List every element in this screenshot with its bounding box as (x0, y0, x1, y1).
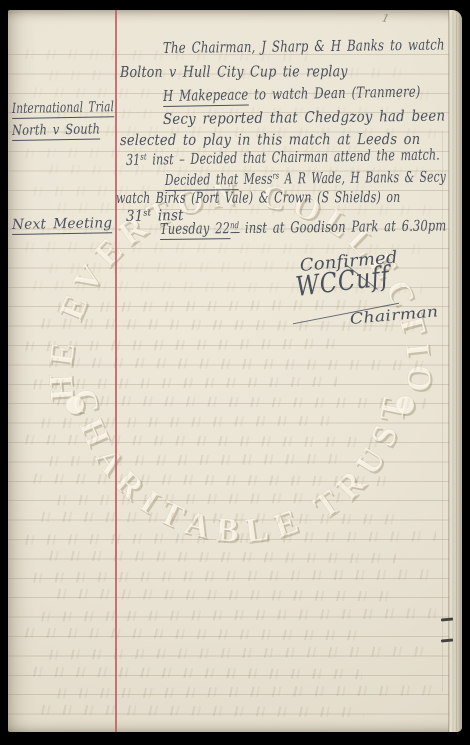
margin-heading-segment: International Trial (12, 99, 114, 119)
book-page-edges (449, 10, 462, 732)
watermark-bottom-arc-shadow: CHARITABLE TRUST (66, 388, 417, 552)
svg-text:CHARITABLE TRUST: CHARITABLE TRUST (64, 386, 415, 550)
handwritten-line-segment: H Makepeace (163, 86, 249, 107)
margin-heading: International Trial (12, 100, 114, 117)
handwritten-line: H Makepeace to watch Dean (Tranmere) (163, 84, 421, 105)
handwritten-line: Secy reported that Chedgzoy had been (163, 108, 445, 128)
ghost-row (52, 589, 398, 602)
red-margin-line (115, 10, 117, 732)
handwritten-line-segment: The Chairman, J Sharp & H Banks to watch (163, 36, 445, 57)
pencil-page-mark: 1 (381, 11, 391, 25)
margin-heading-segment: Next Meeting (12, 215, 113, 235)
handwritten-line: watch Birks (Port Vale) & Crown (S Shiel… (116, 189, 400, 206)
handwritten-line-segment: inst at Goodison Park at 6.30pm (239, 217, 446, 238)
handwritten-line: Bolton v Hull City Cup tie replay (120, 63, 348, 80)
ghost-row (36, 705, 364, 718)
svg-text:CHARITABLE TRUST: CHARITABLE TRUST (66, 388, 417, 552)
margin-heading: North v South (12, 122, 100, 139)
ghost-row (44, 550, 396, 563)
ghost-row (52, 685, 436, 698)
watermark-separator-dot-left (66, 396, 84, 414)
scan-background: { "watermark": { "top_arc": "THE EVERTON… (0, 0, 470, 745)
handwritten-line-segment: to watch Dean (Tranmere) (248, 83, 421, 104)
handwritten-line-segment: Bolton v Hull City Cup tie replay (120, 62, 348, 81)
handwritten-line-segment: 31 (126, 207, 144, 225)
ghost-row (28, 569, 436, 583)
ghost-row (44, 454, 341, 467)
handwritten-line-segment: A R Wade, H Banks & Secy (279, 168, 446, 188)
handwritten-line-segment: 31 (126, 151, 141, 169)
handwritten-line-segment: watch Birks (Port Vale) & Crown (S Shiel… (116, 188, 400, 207)
ghost-row (52, 299, 373, 312)
ghost-row (20, 628, 360, 641)
signature-role-segment: Chairman (349, 302, 439, 328)
ghost-row (20, 531, 436, 545)
handwritten-line: 31st inst – Decided that Chairman attend… (126, 147, 440, 169)
handwritten-line-segment: nd (230, 221, 239, 233)
margin-heading-segment: North v South (12, 121, 100, 141)
ghost-row (36, 608, 436, 621)
ghost-row (28, 377, 337, 390)
ghost-row (44, 647, 436, 660)
handwritten-line: Decided that Messrs A R Wade, H Banks & … (165, 169, 446, 189)
ghost-row (28, 473, 392, 486)
handwritten-line-segment: Tuesday 22 (160, 219, 230, 240)
handwritten-line-segment: Mess (238, 170, 272, 188)
ghost-row (36, 512, 394, 525)
handwritten-line: Tuesday 22nd inst at Goodison Park at 6.… (160, 218, 447, 238)
ghost-row (20, 338, 335, 351)
handwritten-line-segment: Secy reported that Chedgzoy had been (163, 107, 445, 128)
watermark-separator-dot-right (396, 396, 414, 414)
ghost-row (28, 666, 362, 679)
ghost-row (36, 415, 339, 428)
page-crease-line (442, 130, 443, 692)
ghost-row (20, 435, 390, 448)
ghost-row (44, 357, 426, 370)
notebook-page: THE EVERTON COLLECTION CHARITABLE TRUST … (8, 10, 462, 732)
margin-heading: Next Meeting (12, 216, 113, 233)
ghost-row (52, 493, 343, 506)
signature-role: Chairman (349, 303, 439, 327)
ghost-row (52, 396, 428, 409)
watermark-bottom-arc: CHARITABLE TRUST (64, 386, 415, 550)
handwritten-line-segment: inst – Decided that Chairman attend the … (147, 146, 440, 169)
handwritten-line: The Chairman, J Sharp & H Banks to watch (163, 37, 445, 57)
